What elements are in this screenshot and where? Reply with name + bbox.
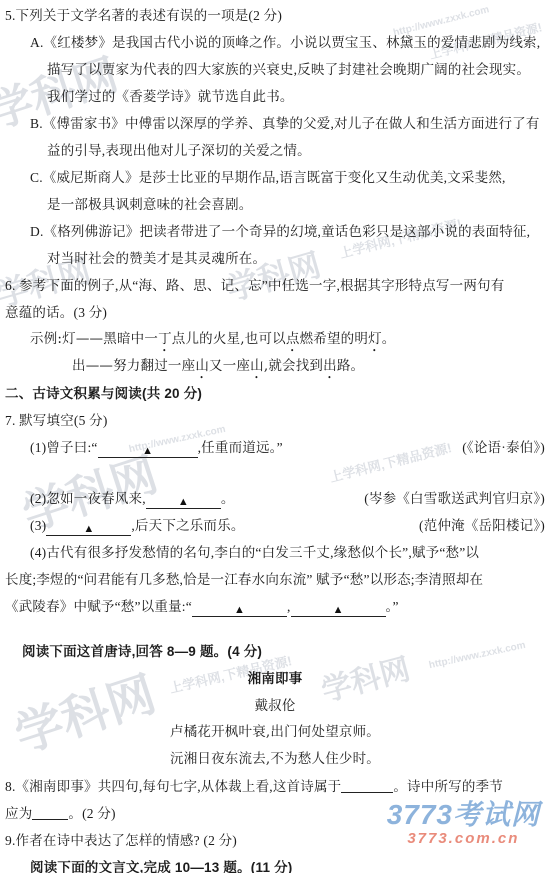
source-citation: (范仲淹《岳阳楼记》) [419, 512, 545, 539]
option-b-line-2: 益的引导,表现出他对儿子深切的关爱之情。 [47, 137, 545, 164]
question-7-stem: 7. 默写填空(5 分) [5, 407, 545, 434]
question-9-stem: 9.作者在诗中表达了怎样的情感? (2 分) [5, 827, 545, 854]
section-2-heading: 二、古诗文积累与阅读(共 20 分) [5, 380, 545, 407]
answer-blank[interactable]: ▲ [98, 442, 198, 458]
question-7-item-4-line-3: 《武陵春》中赋予“愁”以重量:“▲,▲。” [5, 593, 545, 620]
reading-1-heading: 阅读下面这首唐诗,回答 8—9 题。(4 分) [22, 638, 545, 665]
poem-line-1: 卢橘花开枫叶衰,出门何处望京师。 [5, 719, 545, 746]
option-c-line-2: 是一部极具讽刺意味的社会喜剧。 [47, 191, 545, 218]
answer-blank[interactable]: ▲ [192, 601, 287, 617]
question-6-line-2: 意蕴的话。(3 分) [5, 299, 545, 326]
option-d-line-1: D.《格列佛游记》把读者带进了一个奇异的幻境,童话色彩只是这部小说的表面特征, [30, 218, 545, 245]
reading-2-heading: 阅读下面的文言文,完成 10—13 题。(11 分) [30, 854, 545, 873]
answer-blank[interactable] [32, 804, 68, 820]
poem-line-2: 沅湘日夜东流去,不为愁人住少时。 [5, 746, 545, 773]
exam-page: 5.下列关于文学名著的表述有误的一项是(2 分) A.《红楼梦》是我国古代小说的… [0, 0, 550, 873]
question-6-example-2: 出——努力翻过一座山又一座山,就会找到出路。 [72, 353, 545, 380]
option-b-line-1: B.《傅雷家书》中傅雷以深厚的学养、真挚的父爱,对儿子在做人和生活方面进行了有 [30, 110, 545, 137]
option-a-line-1: A.《红楼梦》是我国古代小说的顶峰之作。小说以贾宝玉、林黛玉的爱情悲剧为线索, [30, 29, 545, 56]
question-6-line-1: 6. 参考下面的例子,从“海、路、思、记、忘”中任选一字,根据其字形特点写一两句… [5, 272, 545, 299]
option-a-line-3: 我们学过的《香菱学诗》就节选自此书。 [47, 83, 545, 110]
answer-blank[interactable]: ▲ [46, 520, 131, 536]
question-6-example-1: 示例:灯——黑暗中一丁点儿的火星,也可以点燃希望的明灯。 [30, 326, 545, 353]
question-7-item-1: (1)曾子曰:“▲,任重而道远。” (《论语·泰伯》) [30, 434, 545, 461]
question-5-stem: 5.下列关于文学名著的表述有误的一项是(2 分) [5, 2, 545, 29]
question-7-item-4-line-2: 长度;李煜的“问君能有几多愁,恰是一江春水向东流” 赋予“愁”以形态;李清照却在 [5, 566, 545, 593]
source-citation: (岑参《白雪歌送武判官归京》) [364, 485, 545, 512]
poem-author: 戴叔伦 [5, 692, 545, 719]
source-citation: (《论语·泰伯》) [462, 434, 545, 461]
option-d-line-2: 对当时社会的赞美才是其灵魂所在。 [47, 245, 545, 272]
poem-title: 湘南即事 [5, 665, 545, 692]
option-c-line-1: C.《威尼斯商人》是莎士比亚的早期作品,语言既富于变化又生动优美,文采斐然, [30, 164, 545, 191]
question-7-item-4-line-1: (4)古代有很多抒发愁情的名句,李白的“白发三千丈,缘愁似个长”,赋予“愁”以 [30, 539, 545, 566]
answer-blank[interactable]: ▲ [291, 601, 386, 617]
question-7-item-3: (3)▲,后天下之乐而乐。 (范仲淹《岳阳楼记》) [30, 512, 545, 539]
question-8-line-1: 8.《湘南即事》共四句,每句七字,从体裁上看,这首诗属于。诗中所写的季节 [5, 773, 545, 800]
question-8-line-2: 应为。(2 分) [5, 800, 545, 827]
answer-blank[interactable] [341, 777, 393, 793]
question-7-item-2: (2)忽如一夜春风来,▲。 (岑参《白雪歌送武判官归京》) [30, 485, 545, 512]
option-a-line-2: 描写了以贾家为代表的四大家族的兴衰史,反映了封建社会晚期广阔的社会现实。 [47, 56, 545, 83]
answer-blank[interactable]: ▲ [146, 493, 221, 509]
